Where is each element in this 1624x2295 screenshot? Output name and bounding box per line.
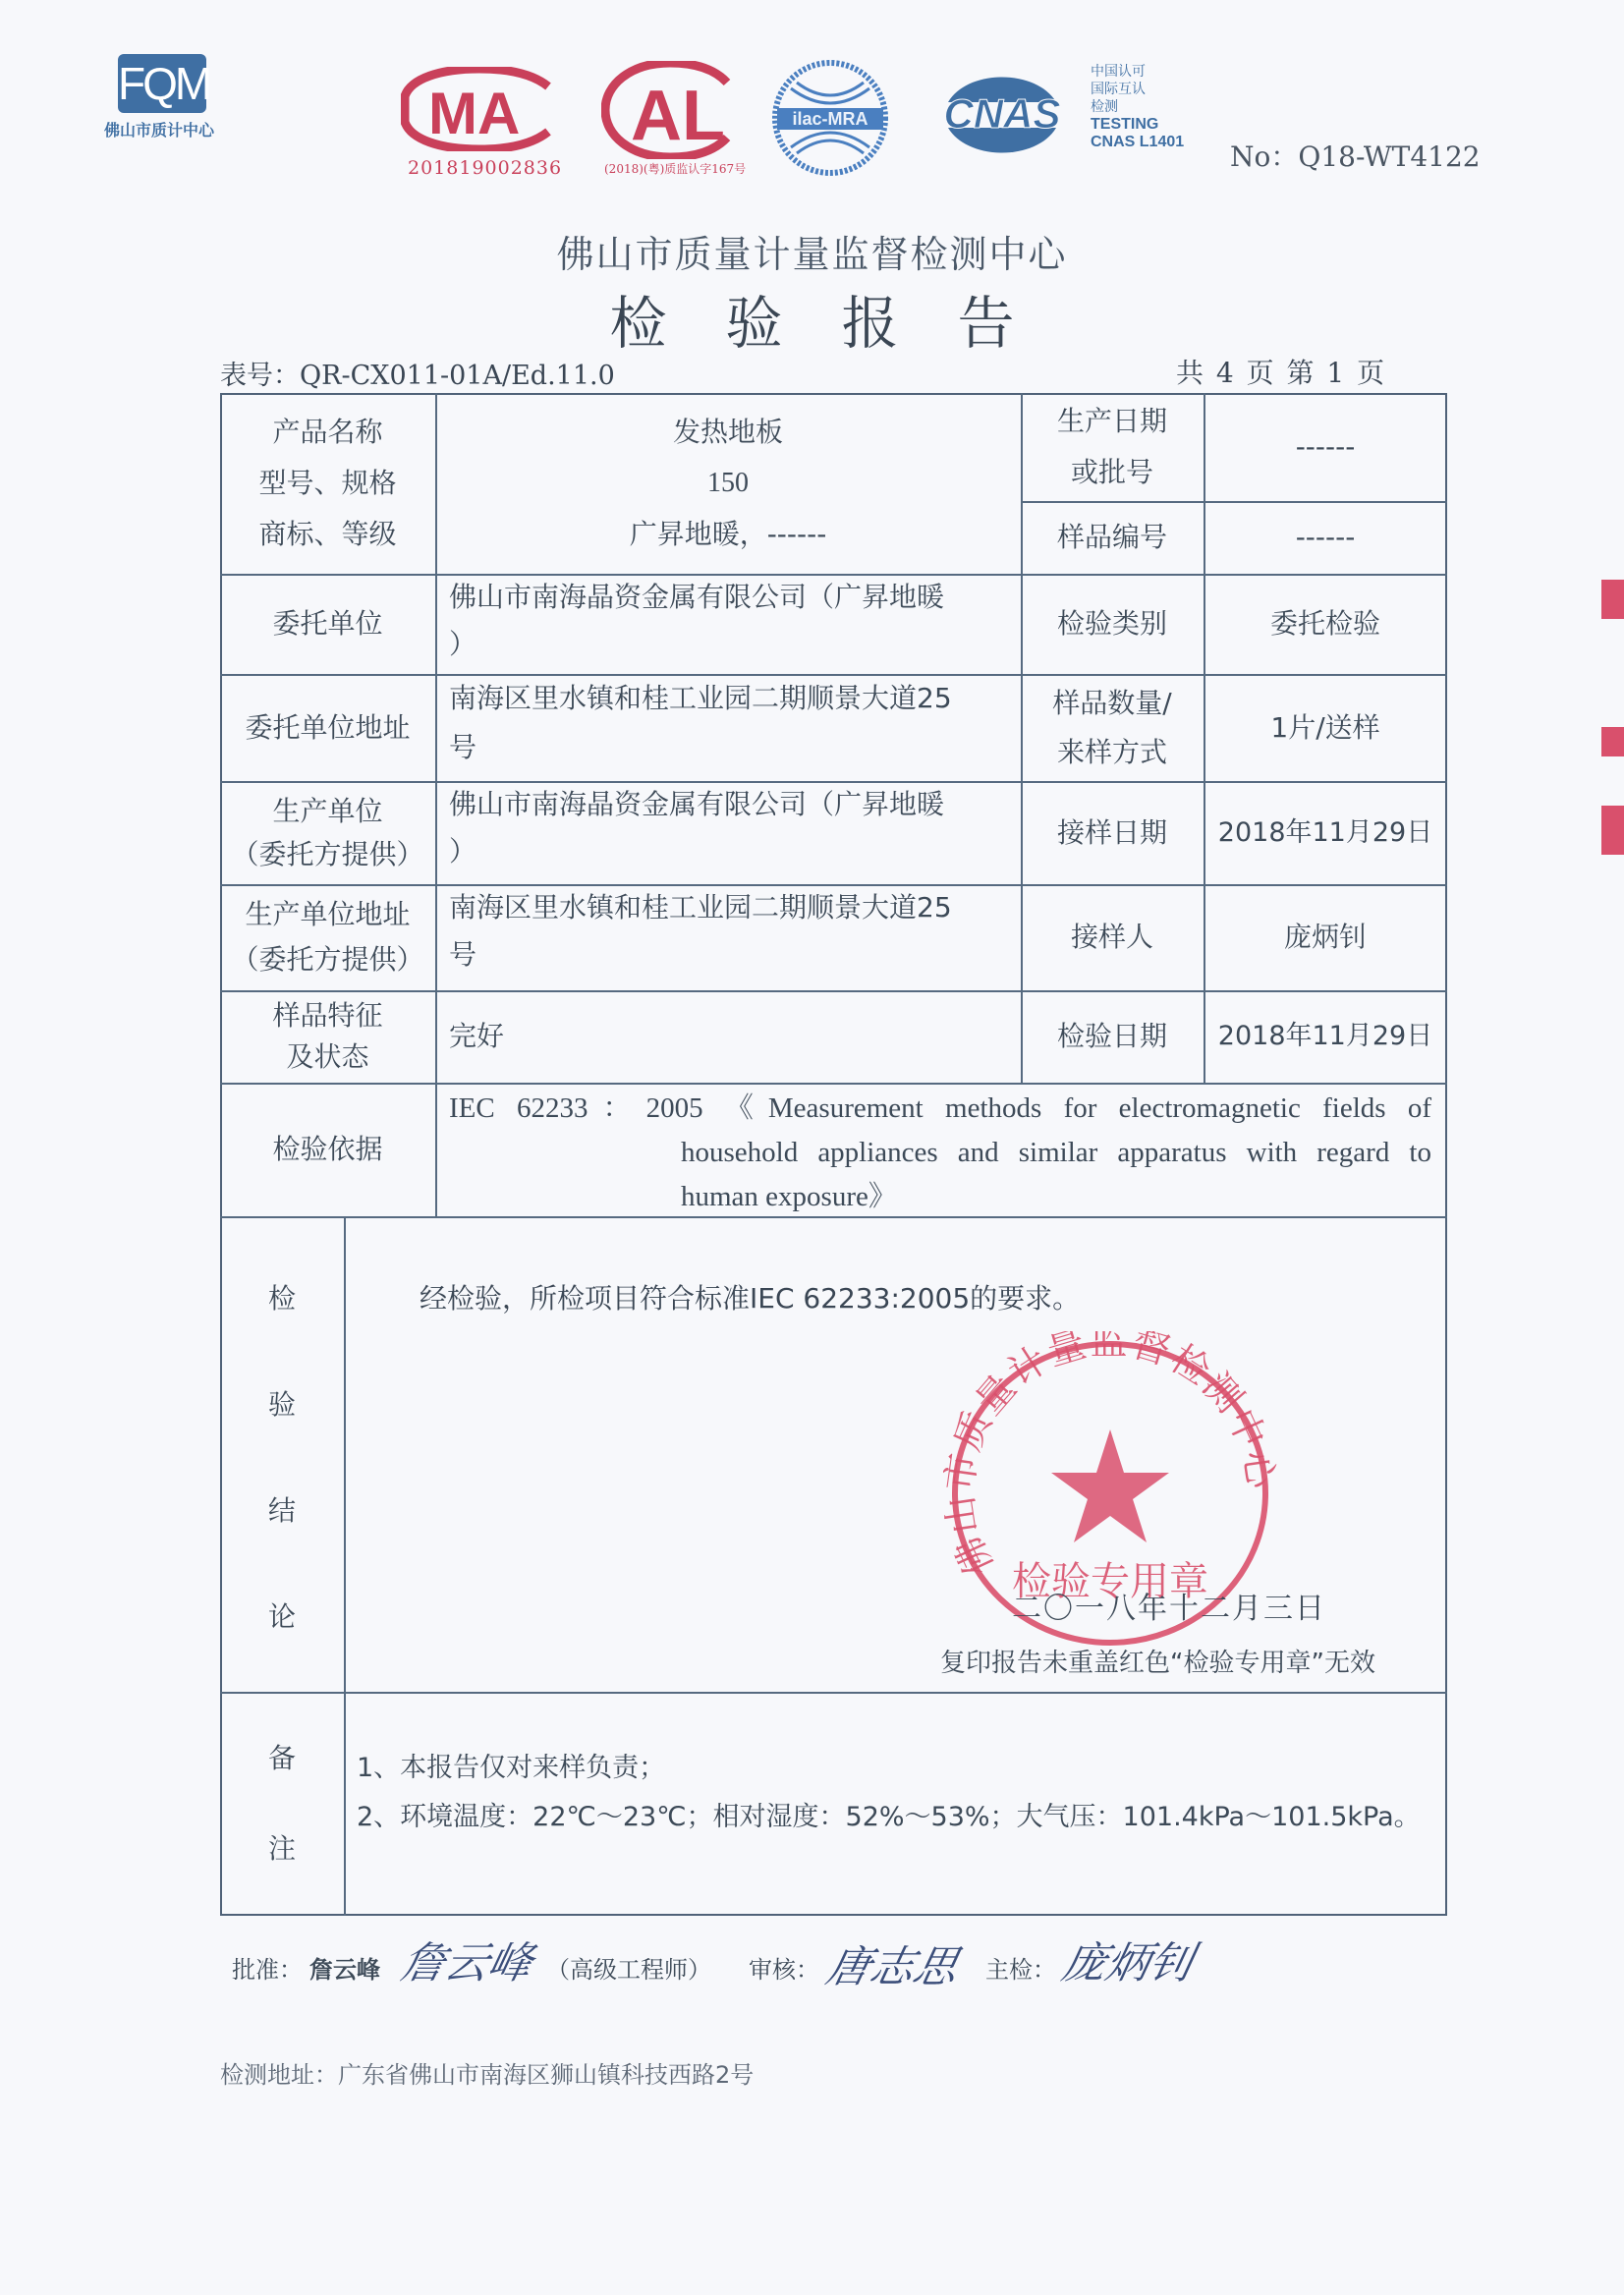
- conclusion-date: 二〇一八年十二月三日: [1012, 1584, 1326, 1627]
- label-line: （委托方提供）: [231, 833, 423, 876]
- page-info: 共 4 页 第 1 页: [1176, 352, 1386, 391]
- basis-value: IEC 62233：2005 《Measurement methods for …: [435, 1083, 1447, 1216]
- value-line: ）: [449, 621, 476, 668]
- brand-grade-label: 商标、等级: [258, 509, 396, 560]
- cal-number: (2018)(粤)质监认字167号: [604, 160, 746, 177]
- client-address-label: 委托单位地址: [220, 674, 435, 781]
- review-label: 审核：: [749, 1950, 819, 1985]
- label-line: 生产单位: [272, 790, 382, 833]
- value-line: 南海区里水镇和桂工业园二期顺景大道25: [449, 884, 952, 931]
- approver-title: （高级工程师）: [546, 1950, 711, 1985]
- value-line: 佛山市南海晶资金属有限公司（广昇地暖: [449, 781, 944, 828]
- client-address-value: 南海区里水镇和桂工业园二期顺景大道25 号: [435, 674, 1021, 781]
- report-number: No：Q18-WT4122: [1230, 136, 1481, 175]
- production-date-label: 生产日期 或批号: [1021, 393, 1204, 501]
- value-line: 号: [449, 723, 476, 772]
- value-line: 佛山市南海晶资金属有限公司（广昇地暖: [449, 574, 944, 621]
- inspector-label: 主检：: [985, 1950, 1056, 1985]
- label-line: 样品特征: [272, 995, 382, 1036]
- conclusion-label-char: 验: [220, 1383, 344, 1423]
- basis-line: IEC 62233：2005 《Measurement methods for …: [449, 1087, 1431, 1131]
- inspector-signature: 庞炳钊: [1057, 1928, 1201, 1990]
- label-line: 及状态: [286, 1036, 368, 1078]
- remark-item: 2、环境温度：22℃～23℃；相对湿度：52%～53%；大气压：101.4kPa…: [357, 1795, 1421, 1833]
- brand-grade-value: 广昇地暖，------: [630, 509, 827, 560]
- reviewer-signature: 唐志思: [821, 1931, 965, 1994]
- fqm-logo: FQM: [118, 54, 206, 113]
- col-divider: [344, 1216, 346, 1916]
- organization-title: 佛山市质量计量监督检测中心: [0, 224, 1624, 278]
- approver-signature: 詹云峰: [396, 1928, 539, 1990]
- test-date-label: 检验日期: [1021, 990, 1204, 1083]
- receiver-label: 接样人: [1021, 884, 1204, 990]
- value-line: ）: [449, 828, 476, 875]
- sample-no-label: 样品编号: [1021, 501, 1204, 574]
- receive-date-value: 2018年11月29日: [1204, 781, 1447, 884]
- product-name-label: 产品名称: [272, 407, 382, 458]
- model-spec-label: 型号、规格: [258, 458, 396, 509]
- ilac-mra-logo-icon: ilac-MRA: [771, 59, 889, 177]
- label-line: 来样方式: [1057, 728, 1167, 777]
- testing-address: 检测地址：广东省佛山市南海区狮山镇科技西路2号: [220, 2055, 754, 2090]
- test-date-value: 2018年11月29日: [1204, 990, 1447, 1083]
- label-line: 或批号: [1071, 447, 1153, 498]
- receive-date-label: 接样日期: [1021, 781, 1204, 884]
- conclusion-label-char: 论: [220, 1595, 344, 1635]
- remark-item: 1、本报告仅对来样负责；: [357, 1746, 665, 1784]
- conclusion-label-char: 结: [220, 1489, 344, 1529]
- fqm-subtitle: 佛山市质计中心: [104, 118, 214, 140]
- svg-text:AL: AL: [631, 77, 725, 155]
- test-type-label: 检验类别: [1021, 574, 1204, 674]
- svg-text:CNAS: CNAS: [943, 90, 1060, 137]
- form-number: 表号：QR-CX011-01A/Ed.11.0: [220, 354, 615, 392]
- cma-logo-icon: MA: [401, 67, 558, 151]
- manufacturer-address-value: 南海区里水镇和桂工业园二期顺景大道25 号: [435, 884, 1021, 990]
- sample-state-value: 完好: [435, 990, 1021, 1083]
- label-line: （委托方提供）: [231, 937, 423, 982]
- basis-label: 检验依据: [220, 1083, 435, 1216]
- cnas-line: 国际互认: [1091, 81, 1184, 98]
- sample-no-value: ------: [1204, 501, 1447, 574]
- svg-text:MA: MA: [428, 81, 520, 146]
- label-line: 样品数量/: [1052, 679, 1171, 728]
- product-name-value: 发热地板: [673, 407, 783, 458]
- model-spec-value: 150: [707, 458, 749, 509]
- conclusion-label-char: 检: [220, 1277, 344, 1316]
- product-values: 发热地板 150 广昇地暖，------: [435, 393, 1021, 574]
- cnas-logo-icon: CNAS: [928, 61, 1076, 169]
- manufacturer-address-label: 生产单位地址 （委托方提供）: [220, 884, 435, 990]
- manufacturer-value: 佛山市南海晶资金属有限公司（广昇地暖 ）: [435, 781, 1021, 884]
- manufacturer-label: 生产单位 （委托方提供）: [220, 781, 435, 884]
- remarks-label-char: 注: [220, 1827, 344, 1867]
- remarks-label-char: 备: [220, 1737, 344, 1776]
- label-line: 生产单位地址: [245, 892, 410, 937]
- test-type-value: 委托检验: [1204, 574, 1447, 674]
- document-title: 检验报告: [0, 277, 1624, 360]
- edge-stamp-mark: [1601, 727, 1624, 756]
- production-date-value: ------: [1204, 393, 1447, 501]
- cnas-line: 中国认可: [1091, 63, 1184, 81]
- product-labels: 产品名称 型号、规格 商标、等级: [220, 393, 435, 574]
- value-line: 南海区里水镇和桂工业园二期顺景大道25: [449, 674, 952, 723]
- sample-qty-value: 1片/送样: [1204, 674, 1447, 781]
- value-line: 号: [449, 931, 476, 979]
- row-divider: [220, 1692, 1447, 1694]
- conclusion-text: 经检验，所检项目符合标准IEC 62233:2005的要求。: [420, 1277, 1080, 1316]
- approve-label: 批准：: [232, 1950, 303, 1985]
- sample-state-label: 样品特征 及状态: [220, 990, 435, 1083]
- edge-stamp-mark: [1601, 580, 1624, 619]
- client-label: 委托单位: [220, 574, 435, 674]
- svg-text:ilac-MRA: ilac-MRA: [792, 109, 868, 129]
- label-line: 生产日期: [1057, 396, 1167, 447]
- copy-validity-note: 复印报告未重盖红色“检验专用章”无效: [940, 1643, 1375, 1679]
- cma-number: 201819002836: [408, 157, 562, 179]
- basis-line: household appliances and similar apparat…: [449, 1131, 1431, 1175]
- cnas-accreditation-text: 中国认可 国际互认 检测 TESTING CNAS L1401: [1091, 63, 1184, 151]
- cnas-line: 检测: [1091, 98, 1184, 116]
- approver-name: 詹云峰: [309, 1950, 380, 1985]
- client-value: 佛山市南海晶资金属有限公司（广昇地暖 ）: [435, 574, 1021, 674]
- cnas-line: TESTING: [1091, 116, 1184, 134]
- cal-logo-icon: AL: [601, 61, 739, 159]
- edge-stamp-mark: [1601, 806, 1624, 855]
- sample-qty-label: 样品数量/ 来样方式: [1021, 674, 1204, 781]
- receiver-value: 庞炳钊: [1204, 884, 1447, 990]
- cnas-line: CNAS L1401: [1091, 134, 1184, 151]
- basis-line: human exposure》: [449, 1175, 1431, 1219]
